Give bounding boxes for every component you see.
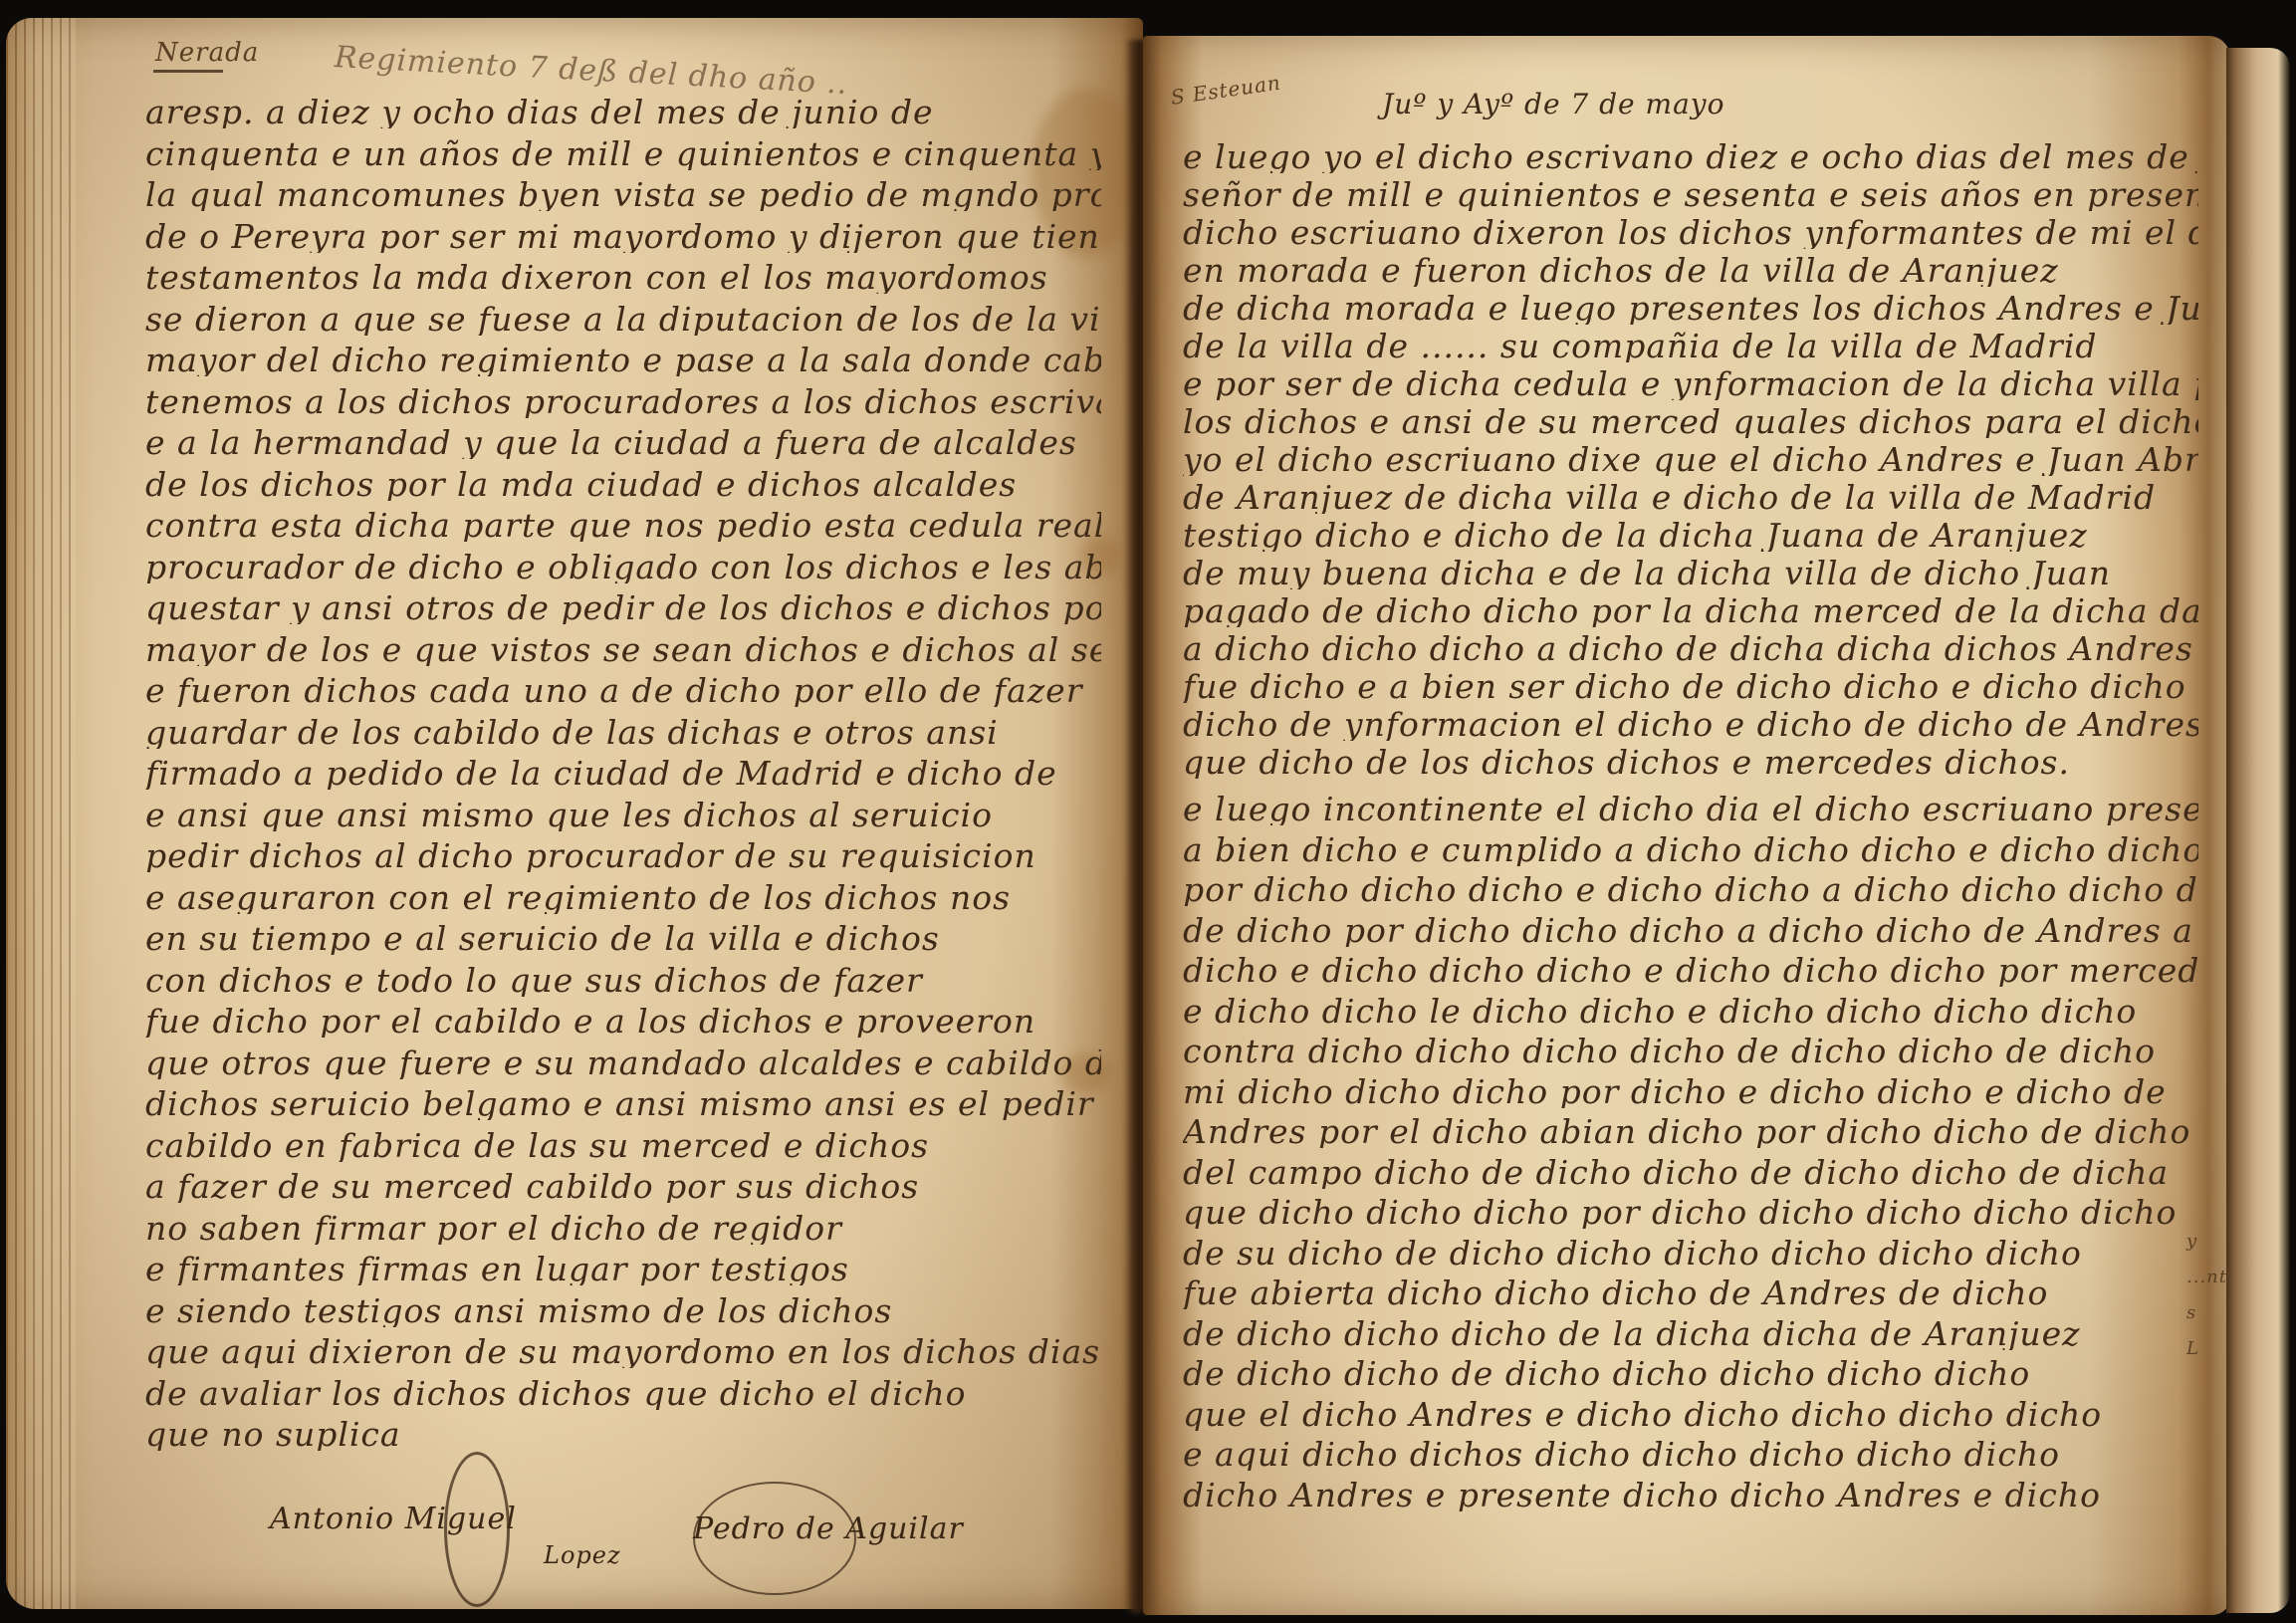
manuscript-line: contra esta dicha parte que nos pedio es… bbox=[145, 509, 1101, 542]
manuscript-spread: Nerada Regimiento 7 deß del dho año .. a… bbox=[0, 0, 2296, 1623]
manuscript-line: dicho Andres e presente dicho dicho Andr… bbox=[1183, 1479, 2198, 1511]
next-leaves-edge bbox=[2226, 48, 2290, 1613]
manuscript-line: del campo dicho de dicho dicho de dicho … bbox=[1183, 1156, 2198, 1189]
manuscript-line: procurador de dicho e obligado con los d… bbox=[145, 551, 1101, 583]
manuscript-line: de avaliar los dichos dichos que dicho e… bbox=[145, 1377, 1101, 1410]
manuscript-line: que el dicho Andres e dicho dicho dicho … bbox=[1183, 1398, 2198, 1431]
manuscript-line: mi dicho dicho dicho por dicho e dicho d… bbox=[1183, 1075, 2198, 1108]
manuscript-line: aresp. a diez y ocho dias del mes de jun… bbox=[145, 96, 1101, 128]
manuscript-line: e luego incontinente el dicho dia el dic… bbox=[1183, 793, 2198, 825]
signature-flourish bbox=[693, 1482, 856, 1595]
manuscript-line: de dicho dicho de dicho dicho dicho dich… bbox=[1183, 1357, 2198, 1390]
manuscript-line: con dichos e todo lo que sus dichos de f… bbox=[145, 964, 1101, 997]
left-margin-note: Nerada bbox=[155, 38, 259, 68]
manuscript-line: que aqui dixieron de su mayordomo en los… bbox=[145, 1335, 1101, 1368]
left-page-heading: Regimiento 7 deß del dho año .. bbox=[334, 40, 848, 102]
right-margin-note: L bbox=[2186, 1338, 2199, 1359]
left-page-fore-edge bbox=[6, 18, 76, 1609]
manuscript-line: e siendo testigos ansi mismo de los dich… bbox=[145, 1294, 1101, 1327]
manuscript-line: pedir dichos al dicho procurador de su r… bbox=[145, 839, 1101, 872]
margin-note-underline bbox=[153, 70, 223, 73]
manuscript-line: dicho e dicho dicho dicho e dicho dicho … bbox=[1183, 954, 2198, 987]
manuscript-line: fue dicho por el cabildo e a los dichos … bbox=[145, 1005, 1101, 1038]
manuscript-line: dichos seruicio belgamo e ansi mismo ans… bbox=[145, 1087, 1101, 1120]
manuscript-line: e luego yo el dicho escrivano diez e och… bbox=[1183, 140, 2198, 173]
manuscript-line: que dicho dicho dicho por dicho dicho di… bbox=[1183, 1196, 2198, 1229]
manuscript-line: de dicho dicho dicho de la dicha dicha d… bbox=[1183, 1317, 2198, 1350]
right-margin-note-top: S Esteuan bbox=[1169, 71, 1282, 110]
manuscript-line: e aseguraron con el regimiento de los di… bbox=[145, 881, 1101, 914]
manuscript-line: de Aranjuez de dicha villa e dicho de la… bbox=[1183, 481, 2198, 514]
manuscript-line: tenemos a los dichos procuradores a los … bbox=[145, 385, 1101, 418]
manuscript-line: e a la hermandad y que la ciudad a fuera… bbox=[145, 426, 1101, 459]
manuscript-line: no saben firmar por el dicho de regidor bbox=[145, 1212, 1101, 1245]
signature-flourish bbox=[444, 1452, 510, 1607]
manuscript-line: dicho escriuano dixeron los dichos ynfor… bbox=[1183, 216, 2198, 249]
manuscript-line: la qual mancomunes byen vista se pedio d… bbox=[145, 178, 1101, 211]
right-page-heading: Juº y Ayº de 7 de mayo bbox=[1382, 88, 1724, 120]
manuscript-line: testamentos la mda dixeron con el los ma… bbox=[145, 261, 1101, 294]
manuscript-line: de dicho por dicho dicho dicho a dicho d… bbox=[1183, 914, 2198, 947]
manuscript-line: Andres por el dicho abian dicho por dich… bbox=[1183, 1115, 2198, 1148]
manuscript-line: e por ser de dicha cedula e ynformacion … bbox=[1183, 367, 2198, 400]
manuscript-line: en su tiempo e al seruicio de la villa e… bbox=[145, 922, 1101, 955]
manuscript-line: de muy buena dicha e de la dicha villa d… bbox=[1183, 557, 2198, 589]
manuscript-line: a bien dicho e cumplido a dicho dicho di… bbox=[1183, 833, 2198, 866]
manuscript-line: testigo dicho e dicho de la dicha Juana … bbox=[1183, 519, 2198, 552]
left-page: Nerada Regimiento 7 deß del dho año .. a… bbox=[6, 18, 1143, 1609]
manuscript-line: yo el dicho escriuano dixe que el dicho … bbox=[1183, 443, 2198, 476]
manuscript-line: e ansi que ansi mismo que les dichos al … bbox=[145, 799, 1101, 831]
manuscript-line: contra dicho dicho dicho dicho de dicho … bbox=[1183, 1035, 2198, 1067]
manuscript-line: de o Pereyra por ser mi mayordomo y dije… bbox=[145, 220, 1101, 253]
manuscript-line: a dicho dicho dicho a dicho de dicha dic… bbox=[1183, 632, 2198, 665]
manuscript-line: dicho de ynformacion el dicho e dicho de… bbox=[1183, 708, 2198, 741]
manuscript-line: de la villa de ...... su compañia de la … bbox=[1183, 330, 2198, 362]
manuscript-line: señor de mill e quinientos e sesenta e s… bbox=[1183, 178, 2198, 211]
manuscript-line: en morada e fueron dichos de la villa de… bbox=[1183, 254, 2198, 287]
manuscript-line: e aqui dicho dichos dicho dicho dicho di… bbox=[1183, 1438, 2198, 1471]
manuscript-line: por dicho dicho dicho e dicho dicho a di… bbox=[1183, 873, 2198, 906]
manuscript-line: firmado a pedido de la ciudad de Madrid … bbox=[145, 757, 1101, 790]
manuscript-line: que dicho de los dichos dichos e mercede… bbox=[1183, 746, 2198, 779]
manuscript-line: de los dichos por la mda ciudad e dichos… bbox=[145, 468, 1101, 501]
manuscript-line: fue dicho e a bien ser dicho de dicho di… bbox=[1183, 670, 2198, 703]
manuscript-line: cabildo en fabrica de las su merced e di… bbox=[145, 1129, 1101, 1162]
manuscript-line: e firmantes firmas en lugar por testigos bbox=[145, 1253, 1101, 1285]
manuscript-line: e fueron dichos cada uno a de dicho por … bbox=[145, 674, 1101, 707]
manuscript-line: questar y ansi otros de pedir de los dic… bbox=[145, 591, 1101, 624]
manuscript-line: mayor del dicho regimiento e pase a la s… bbox=[145, 344, 1101, 376]
right-margin-note: ...nte bbox=[2186, 1267, 2230, 1287]
manuscript-line: que otros que fuere e su mandado alcalde… bbox=[145, 1046, 1101, 1079]
manuscript-line: e dicho dicho le dicho dicho e dicho dic… bbox=[1183, 995, 2198, 1028]
right-margin-note: s bbox=[2186, 1302, 2196, 1323]
manuscript-line: se dieron a que se fuese a la diputacion… bbox=[145, 303, 1101, 336]
manuscript-line: que no suplica bbox=[145, 1418, 1101, 1451]
manuscript-line: de dicha morada e luego presentes los di… bbox=[1183, 292, 2198, 325]
manuscript-line: fue abierta dicho dicho dicho de Andres … bbox=[1183, 1276, 2198, 1309]
manuscript-line: pagado de dicho dicho por la dicha merce… bbox=[1183, 594, 2198, 627]
right-page: S Esteuan Juº y Ayº de 7 de mayo e luego… bbox=[1143, 36, 2230, 1615]
signature-2: Lopez bbox=[544, 1541, 621, 1569]
manuscript-line: de su dicho de dicho dicho dicho dicho d… bbox=[1183, 1237, 2198, 1270]
manuscript-line: a fazer de su merced cabildo por sus dic… bbox=[145, 1170, 1101, 1203]
manuscript-line: cinquenta e un años de mill e quinientos… bbox=[145, 137, 1101, 170]
right-margin-note: y bbox=[2186, 1231, 2197, 1252]
manuscript-line: guardar de los cabildo de las dichas e o… bbox=[145, 716, 1101, 749]
manuscript-line: los dichos e ansi de su merced quales di… bbox=[1183, 405, 2198, 438]
manuscript-line: mayor de los e que vistos se sean dichos… bbox=[145, 633, 1101, 666]
